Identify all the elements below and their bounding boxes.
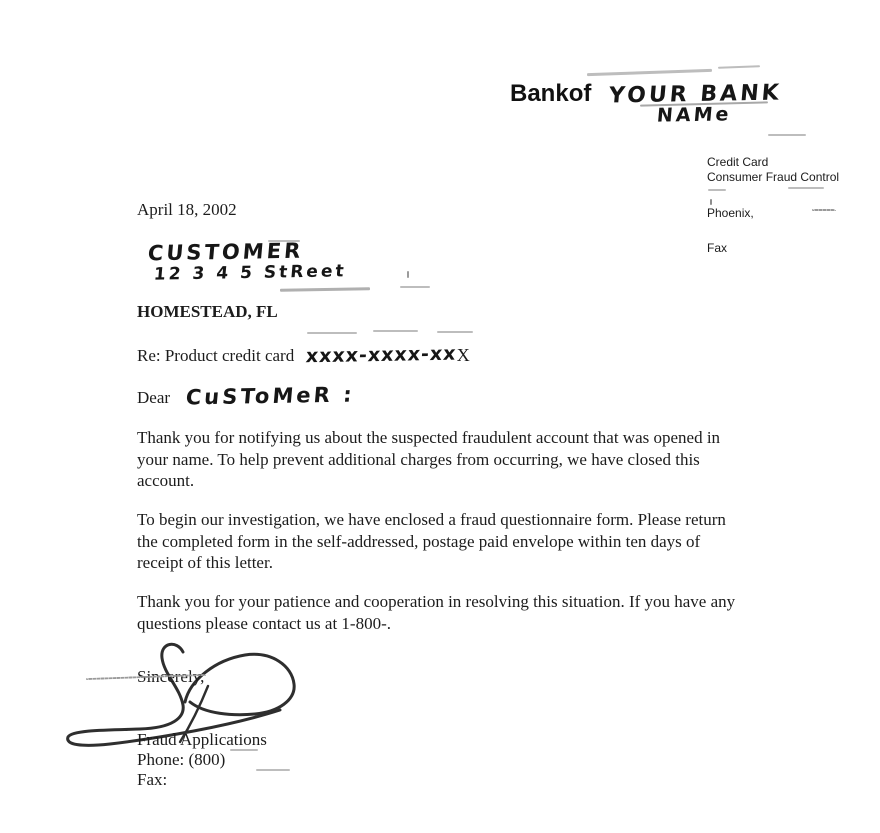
scan-artifact xyxy=(768,134,806,136)
scan-artifact xyxy=(710,199,712,205)
scanned-letter-page: Bankof YOUR BANK NAMe Credit Card Consum… xyxy=(0,0,880,833)
scan-artifact xyxy=(256,769,290,771)
scan-artifact xyxy=(708,189,726,191)
contact-dept-line2: Consumer Fraud Control xyxy=(707,170,839,185)
handwritten-card-number: xxxx-xxxx-xx xyxy=(305,343,458,368)
paragraph-3-line-2: questions please contact us at 1-800-. xyxy=(137,613,735,635)
paragraph-1-line-3: account. xyxy=(137,470,720,492)
paragraph-1-line-1: Thank you for notifying us about the sus… xyxy=(137,427,720,449)
re-line: Re: Product credit card xxxx-xxxx-xxX xyxy=(137,344,470,366)
letter-date: April 18, 2002 xyxy=(137,200,237,220)
recipient-city-state: HOMESTEAD, FL xyxy=(137,302,278,322)
paragraph-2-line-3: receipt of this letter. xyxy=(137,552,726,574)
signer-title: Fraud Applications xyxy=(137,730,267,750)
printed-card-x: X xyxy=(457,345,470,365)
paragraph-2-line-1: To begin our investigation, we have encl… xyxy=(137,509,726,531)
signer-phone: Phone: (800) xyxy=(137,750,225,770)
handwritten-recipient-name: CUSTOMER xyxy=(147,239,305,266)
re-line-printed: Re: Product credit card xyxy=(137,346,294,365)
handwritten-salutation-name: CuSToMeR : xyxy=(185,383,356,410)
scan-artifact xyxy=(437,331,473,333)
contact-dept-line1: Credit Card xyxy=(707,155,839,170)
paragraph-3-line-1: Thank you for your patience and cooperat… xyxy=(137,591,735,613)
bank-logo-text: Bankof xyxy=(510,80,591,108)
scan-artifact xyxy=(373,330,418,332)
contact-city: Phoenix, xyxy=(707,206,754,221)
paragraph-1: Thank you for notifying us about the sus… xyxy=(137,427,720,492)
handwritten-bank-name-line2-wrap: NAMe xyxy=(657,104,731,126)
scan-artifact xyxy=(280,287,370,292)
contact-block: Credit Card Consumer Fraud Control xyxy=(707,155,839,184)
scan-artifact xyxy=(812,209,836,211)
scan-artifact xyxy=(407,271,409,278)
handwritten-recipient-street: 12 3 4 5 StReet xyxy=(153,261,348,284)
scan-artifact xyxy=(587,69,712,76)
scan-artifact xyxy=(400,286,430,288)
scan-artifact xyxy=(307,332,357,334)
paragraph-3: Thank you for your patience and cooperat… xyxy=(137,591,735,634)
scan-artifact xyxy=(788,187,824,189)
contact-fax-label: Fax xyxy=(707,241,727,256)
signer-fax: Fax: xyxy=(137,770,167,790)
bank-letterhead: Bankof YOUR BANK xyxy=(510,80,782,108)
salutation-printed: Dear xyxy=(137,388,170,407)
handwritten-bank-name-line2: NAMe xyxy=(656,103,732,126)
paragraph-2: To begin our investigation, we have encl… xyxy=(137,509,726,574)
paragraph-2-line-2: the completed form in the self-addressed… xyxy=(137,531,726,553)
paragraph-1-line-2: your name. To help prevent additional ch… xyxy=(137,449,720,471)
scan-artifact xyxy=(718,65,760,68)
salutation: Dear CuSToMeR : xyxy=(137,384,355,408)
